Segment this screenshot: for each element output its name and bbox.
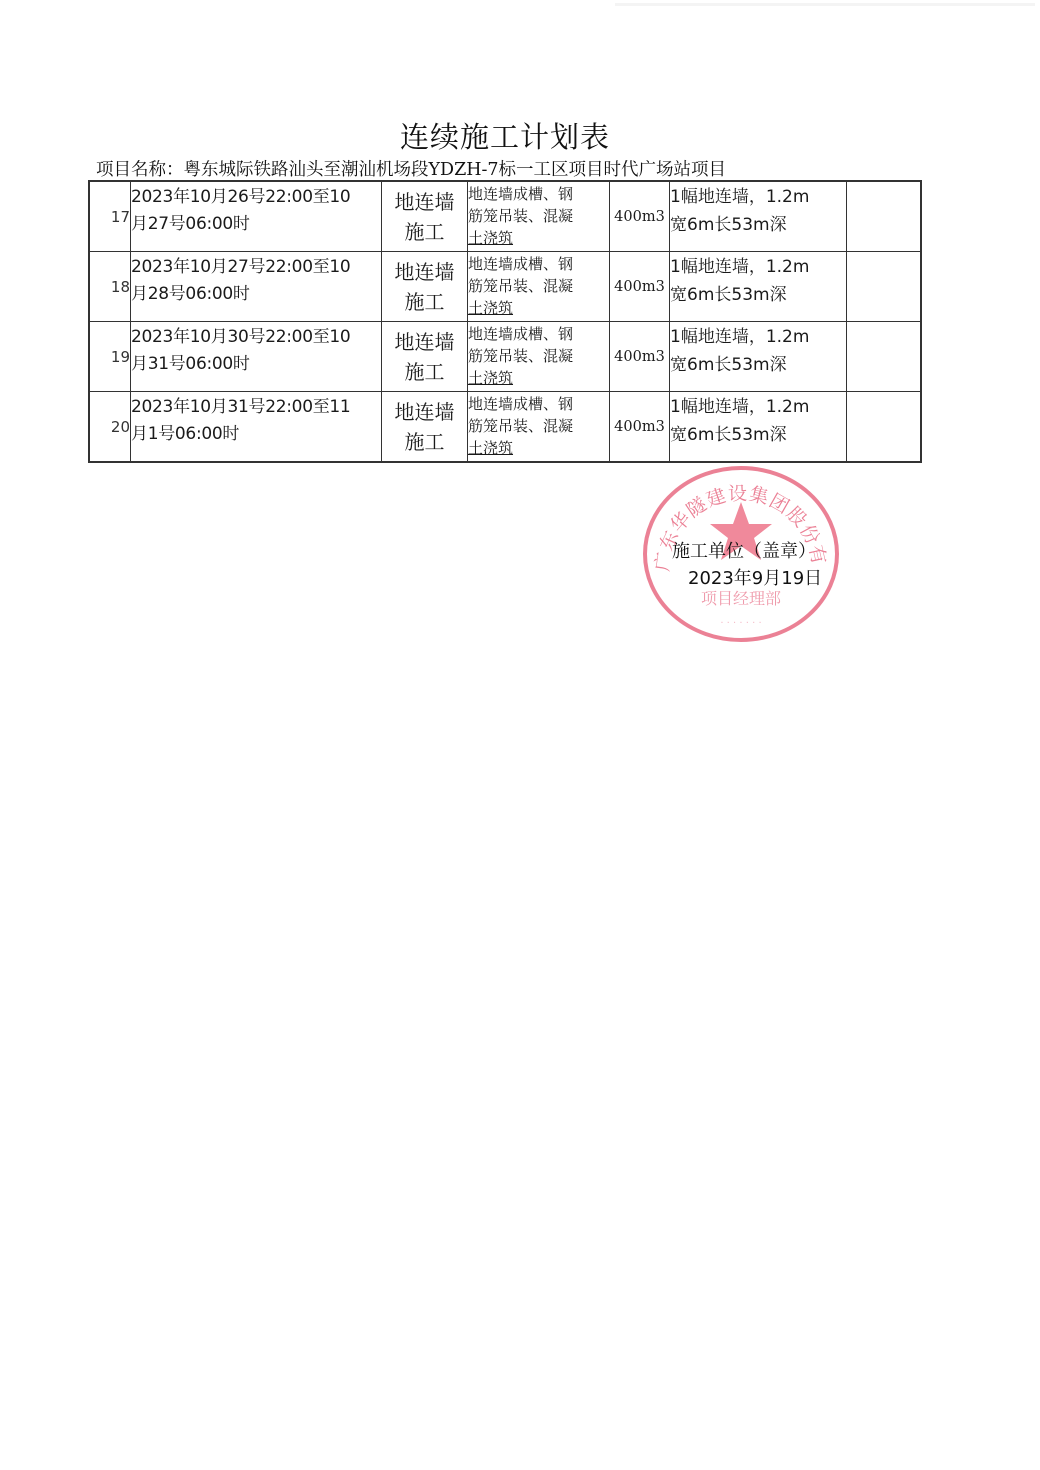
table-row: 17 2023年10月26号22:00至10月27号06:00时 地连墙施工 地… xyxy=(89,181,921,252)
work-type-cell: 地连墙施工 xyxy=(382,322,468,392)
row-number: 20 xyxy=(89,392,131,463)
construction-plan-table: 17 2023年10月26号22:00至10月27号06:00时 地连墙施工 地… xyxy=(88,180,922,463)
description-cell: 1幅地连墙，1.2m宽6m长53m深 xyxy=(670,322,847,392)
quantity-cell: 400m3 xyxy=(610,392,670,463)
time-line: 月31号06:00时 xyxy=(131,351,381,378)
quantity-cell: 400m3 xyxy=(610,181,670,252)
description-cell: 1幅地连墙，1.2m宽6m长53m深 xyxy=(670,252,847,322)
type-line: 地连墙 xyxy=(382,327,467,357)
work-content-cell: 地连墙成槽、钢筋笼吊装、混凝土浇筑 xyxy=(468,322,610,392)
work-content-cell: 地连墙成槽、钢筋笼吊装、混凝土浇筑 xyxy=(468,252,610,322)
description-cell: 1幅地连墙，1.2m宽6m长53m深 xyxy=(670,181,847,252)
desc-line: 宽6m长53m深 xyxy=(670,421,846,449)
desc-line: 宽6m长53m深 xyxy=(670,351,846,379)
work-type-cell: 地连墙施工 xyxy=(382,252,468,322)
remark-cell xyxy=(847,392,922,463)
content-line: 地连墙成槽、钢 xyxy=(468,393,609,415)
scan-artifact xyxy=(615,3,1035,6)
type-line: 施工 xyxy=(382,217,467,247)
document-title: 连续施工计划表 xyxy=(0,115,1010,156)
work-content-cell: 地连墙成槽、钢筋笼吊装、混凝土浇筑 xyxy=(468,181,610,252)
quantity-cell: 400m3 xyxy=(610,252,670,322)
quantity-cell: 400m3 xyxy=(610,322,670,392)
content-line: 筋笼吊装、混凝 xyxy=(468,345,609,367)
signature-date: 2023年9月19日 xyxy=(672,565,822,592)
time-line: 月27号06:00时 xyxy=(131,211,381,238)
content-line: 地连墙成槽、钢 xyxy=(468,253,609,275)
time-line: 月1号06:00时 xyxy=(131,421,381,448)
time-line: 2023年10月30号22:00至10 xyxy=(131,324,381,351)
table-row: 20 2023年10月31号22:00至11月1号06:00时 地连墙施工 地连… xyxy=(89,392,921,463)
remark-cell xyxy=(847,252,922,322)
type-line: 地连墙 xyxy=(382,397,467,427)
desc-line: 1幅地连墙，1.2m xyxy=(670,253,846,281)
desc-line: 1幅地连墙，1.2m xyxy=(670,323,846,351)
type-line: 地连墙 xyxy=(382,187,467,217)
description-cell: 1幅地连墙，1.2m宽6m长53m深 xyxy=(670,392,847,463)
content-line: 土浇筑 xyxy=(468,367,609,389)
type-line: 施工 xyxy=(382,427,467,457)
time-range-cell: 2023年10月30号22:00至10月31号06:00时 xyxy=(131,322,382,392)
work-type-cell: 地连墙施工 xyxy=(382,392,468,463)
signature-block: 施工单位（盖章） 2023年9月19日 xyxy=(672,538,822,592)
desc-line: 宽6m长53m深 xyxy=(670,211,846,239)
remark-cell xyxy=(847,181,922,252)
time-range-cell: 2023年10月27号22:00至10月28号06:00时 xyxy=(131,252,382,322)
time-line: 2023年10月31号22:00至11 xyxy=(131,394,381,421)
table-row: 18 2023年10月27号22:00至10月28号06:00时 地连墙施工 地… xyxy=(89,252,921,322)
type-line: 地连墙 xyxy=(382,257,467,287)
content-line: 地连墙成槽、钢 xyxy=(468,183,609,205)
time-line: 月28号06:00时 xyxy=(131,281,381,308)
row-number: 18 xyxy=(89,252,131,322)
work-type-cell: 地连墙施工 xyxy=(382,181,468,252)
content-line: 筋笼吊装、混凝 xyxy=(468,205,609,227)
type-line: 施工 xyxy=(382,357,467,387)
time-line: 2023年10月27号22:00至10 xyxy=(131,254,381,281)
remark-cell xyxy=(847,322,922,392)
content-line: 筋笼吊装、混凝 xyxy=(468,415,609,437)
time-range-cell: 2023年10月26号22:00至10月27号06:00时 xyxy=(131,181,382,252)
desc-line: 1幅地连墙，1.2m xyxy=(670,393,846,421)
type-line: 施工 xyxy=(382,287,467,317)
content-line: 土浇筑 xyxy=(468,297,609,319)
time-line: 2023年10月26号22:00至10 xyxy=(131,184,381,211)
table-row: 19 2023年10月30号22:00至10月31号06:00时 地连墙施工 地… xyxy=(89,322,921,392)
content-line: 土浇筑 xyxy=(468,437,609,459)
time-range-cell: 2023年10月31号22:00至11月1号06:00时 xyxy=(131,392,382,463)
work-content-cell: 地连墙成槽、钢筋笼吊装、混凝土浇筑 xyxy=(468,392,610,463)
construction-unit-label: 施工单位（盖章） xyxy=(672,541,816,562)
content-line: 筋笼吊装、混凝 xyxy=(468,275,609,297)
project-name: 项目名称：粤东城际铁路汕头至潮汕机场段YDZH-7标一工区项目时代广场站项目 xyxy=(96,156,726,181)
svg-text:· · · · · · ·: · · · · · · · xyxy=(720,618,761,629)
content-line: 地连墙成槽、钢 xyxy=(468,323,609,345)
row-number: 19 xyxy=(89,322,131,392)
desc-line: 宽6m长53m深 xyxy=(670,281,846,309)
content-line: 土浇筑 xyxy=(468,227,609,249)
row-number: 17 xyxy=(89,181,131,252)
desc-line: 1幅地连墙，1.2m xyxy=(670,183,846,211)
